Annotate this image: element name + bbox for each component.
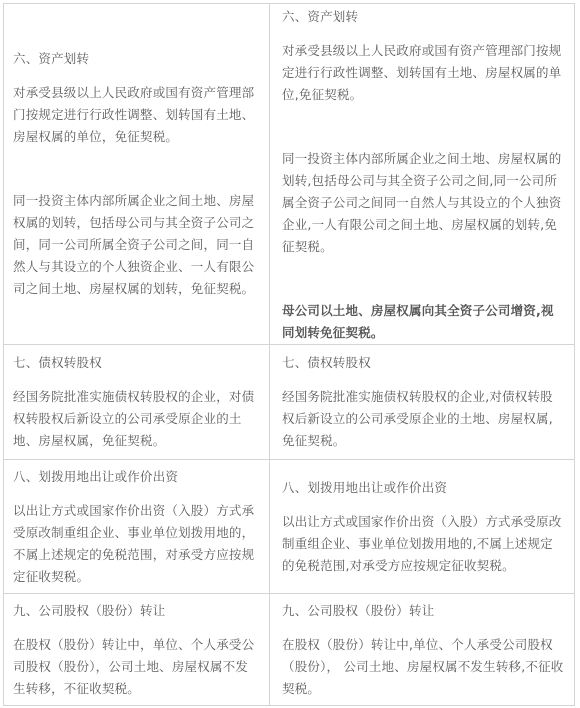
- section-heading: 七、债权转股权: [282, 352, 564, 374]
- old-policy-cell: 九、公司股权（股份）转让 在股权（股份）转让中，单位、个人承受公司股权（股份），…: [4, 594, 270, 706]
- new-policy-cell: 六、资产划转 对承受县级以上人民政府或国有资产管理部门按规定进行行政性调整、划转…: [270, 4, 575, 345]
- table-row-debt-to-equity: 七、债权转股权 经国务院批准实施债权转股权的企业，对债权转股权后新设立的公司承受…: [4, 345, 575, 460]
- old-policy-cell: 七、债权转股权 经国务院批准实施债权转股权的企业，对债权转股权后新设立的公司承受…: [4, 345, 270, 460]
- old-policy-cell: 六、资产划转 对承受县级以上人民政府或国有资产管理部门按规定进行行政性调整、划转…: [4, 4, 270, 345]
- comparison-table: 六、资产划转 对承受县级以上人民政府或国有资产管理部门按规定进行行政性调整、划转…: [3, 3, 575, 706]
- paragraph: 在股权（股份）转让中,单位、个人承受公司股权（股份）， 公司土地、房屋权属不发生…: [282, 634, 564, 700]
- section-heading: 九、公司股权（股份）转让: [13, 600, 259, 622]
- paragraph: 以出让方式或国家作价出资（入股）方式承受原改制重组企业、事业单位划拨用地的,不属…: [282, 511, 564, 577]
- section-heading: 六、资产划转: [13, 48, 259, 70]
- table-row-equity-transfer: 九、公司股权（股份）转让 在股权（股份）转让中，单位、个人承受公司股权（股份），…: [4, 594, 575, 706]
- paragraph: 同一投资主体内部所属企业之间土地、房屋权属的划转,包括母公司与其全资子公司之间,…: [282, 148, 564, 258]
- section-heading: 八、划拨用地出让或作价出资: [282, 477, 564, 499]
- section-heading: 八、划拨用地出让或作价出资: [13, 466, 259, 488]
- table-row-allocated-land: 八、划拨用地出让或作价出资 以出让方式或国家作价出资（入股）方式承受原改制重组企…: [4, 460, 575, 594]
- paragraph: 对承受县级以上人民政府或国有资产管理部门按规定进行行政性调整、划转国有土地、房屋…: [13, 82, 259, 148]
- paragraph: 经国务院批准实施债权转股权的企业，对债权转股权后新设立的公司承受原企业的土地、房…: [13, 386, 259, 452]
- paragraph: 对承受县级以上人民政府或国有资产管理部门按规定进行行政性调整、划转国有土地、房屋…: [282, 40, 564, 106]
- paragraph: 在股权（股份）转让中，单位、个人承受公司股权（股份），公司土地、房屋权属不发生转…: [13, 634, 259, 700]
- new-policy-cell: 九、公司股权（股份）转让 在股权（股份）转让中,单位、个人承受公司股权（股份），…: [270, 594, 575, 706]
- section-heading: 六、资产划转: [282, 6, 564, 28]
- paragraph: 同一投资主体内部所属企业之间土地、房屋权属的划转，包括母公司与其全资子公司之间，…: [13, 190, 259, 300]
- new-policy-cell: 八、划拨用地出让或作价出资 以出让方式或国家作价出资（入股）方式承受原改制重组企…: [270, 460, 575, 594]
- section-heading: 九、公司股权（股份）转让: [282, 600, 564, 622]
- section-heading: 七、债权转股权: [13, 352, 259, 374]
- paragraph: 以出让方式或国家作价出资（入股）方式承受原改制重组企业、事业单位划拨用地的，不属…: [13, 500, 259, 588]
- new-policy-cell: 七、债权转股权 经国务院批准实施债权转股权的企业,对债权转股权后新设立的公司承受…: [270, 345, 575, 460]
- old-policy-cell: 八、划拨用地出让或作价出资 以出让方式或国家作价出资（入股）方式承受原改制重组企…: [4, 460, 270, 594]
- paragraph: 经国务院批准实施债权转股权的企业,对债权转股权后新设立的公司承受原企业的土地、房…: [282, 386, 564, 452]
- bold-paragraph: 母公司以土地、房屋权属向其全资子公司增资,视同划转免征契税。: [282, 300, 564, 344]
- table-row-asset-transfer: 六、资产划转 对承受县级以上人民政府或国有资产管理部门按规定进行行政性调整、划转…: [4, 4, 575, 345]
